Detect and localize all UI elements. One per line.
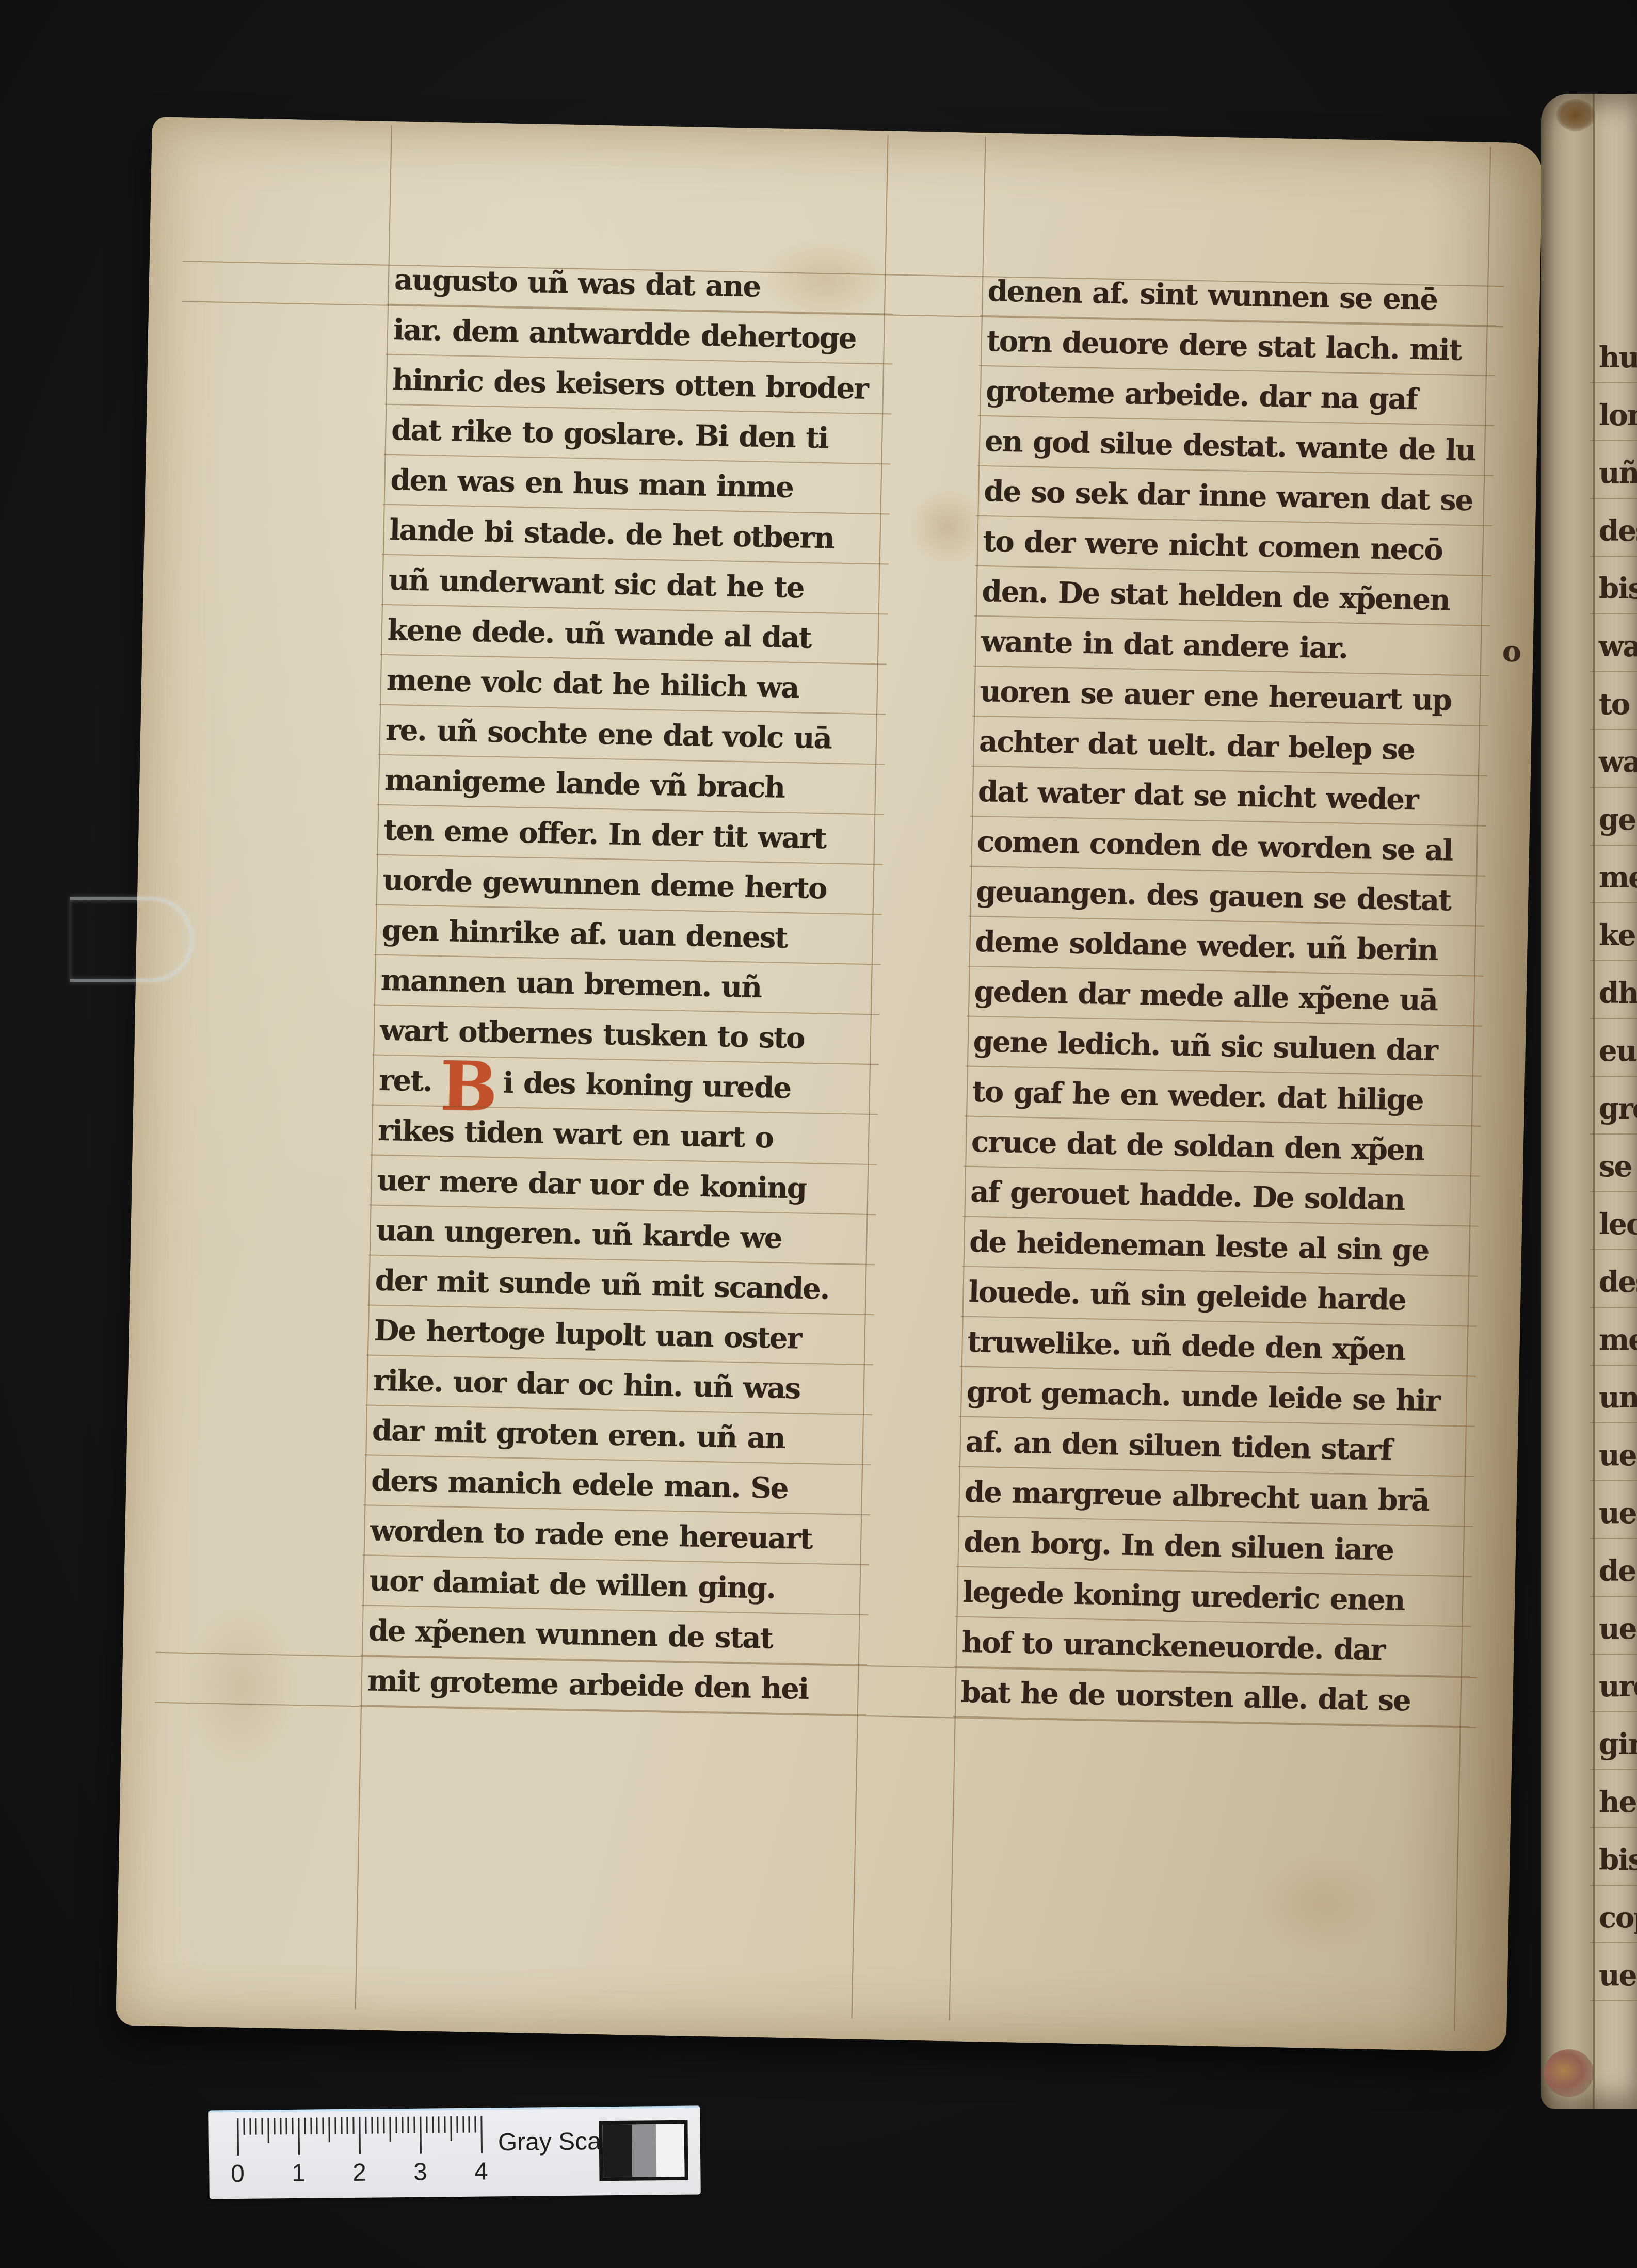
ruler-major-tick	[359, 2117, 361, 2154]
ruler-minor-tick	[347, 2117, 348, 2134]
text-line: af gerouet hadde. De soldan	[970, 1167, 1471, 1227]
text-line: uñ underwant sic dat he te	[388, 555, 880, 614]
next-page-text-line: des	[1599, 502, 1637, 560]
gray-patch	[632, 2124, 656, 2177]
ruler-number: 4	[470, 2157, 493, 2185]
text-line: deme soldane weder. uñ berin	[975, 917, 1476, 977]
next-page-text-line: war	[1599, 733, 1637, 791]
text-line: louede. uñ sin geleide harde	[968, 1267, 1470, 1327]
text-line: to gaf he en weder. dat hilige	[972, 1067, 1473, 1127]
text-line: mit groteme arbeide den hei	[367, 1656, 859, 1715]
next-page-text-line: lech	[1599, 1195, 1637, 1253]
next-page-text-line: urde	[1599, 1658, 1637, 1715]
next-page-text-line: dese	[1599, 1253, 1637, 1311]
text-line: De hertoge lupolt uan oster	[374, 1306, 866, 1365]
text-line: rikes tiden wart en uart o	[377, 1106, 870, 1165]
ruler-minor-tick	[304, 2118, 306, 2134]
next-page-text-line: men	[1599, 849, 1637, 906]
ruler-minor-tick	[383, 2117, 385, 2133]
text-line: der mit sunde uñ mit scande.	[375, 1256, 867, 1315]
text-line: dat water dat se nicht weder	[977, 767, 1479, 827]
ruler-minor-tick	[292, 2118, 294, 2134]
next-page-text-line: lone	[1599, 386, 1637, 444]
text-line: den borg. In den siluen iare	[963, 1517, 1465, 1577]
next-page-text-line: uele	[1599, 1600, 1637, 1658]
text-line: comen conden de worden se al	[976, 817, 1478, 877]
text-line: geden dar mede alle xp̃ene uā	[974, 967, 1475, 1027]
text-line: ret.Bi des koning urede	[378, 1056, 871, 1115]
text-line: de margreue albrecht uan brā	[964, 1467, 1466, 1527]
text-line: grot gemach. unde leide se hir	[966, 1367, 1468, 1427]
ruler-minor-tick	[274, 2118, 275, 2134]
text-line: gen hinrike af. uan denest	[381, 905, 874, 965]
text-line: lande bi stade. de het otbern	[389, 505, 881, 564]
next-page-text-line: bisco	[1599, 1831, 1637, 1889]
ruler-minor-tick	[377, 2117, 379, 2133]
ruler-minor-tick	[365, 2117, 366, 2134]
ruler-major-tick	[237, 2118, 239, 2156]
next-page-text-line: gref	[1599, 1080, 1637, 1138]
gray-patch-box	[599, 2120, 688, 2181]
ruler-minor-tick	[280, 2118, 281, 2134]
ruler-minor-tick	[334, 2117, 336, 2134]
ruler-minor-tick	[255, 2118, 257, 2135]
text-line: geuangen. des gauen se destat	[976, 867, 1478, 927]
ruler-minor-tick	[395, 2117, 397, 2133]
ruler-number: 3	[409, 2158, 432, 2186]
text-line: augusto uñ was dat ane	[394, 255, 886, 314]
left-text-column: augusto uñ was dat aneiar. dem antwardde…	[367, 255, 886, 1715]
next-page-text-line: de ko	[1599, 1542, 1637, 1600]
next-page-text-line: eue	[1599, 1022, 1637, 1080]
gray-patch	[602, 2125, 632, 2178]
next-page-text-line: uen	[1599, 1947, 1637, 2004]
ruler-minor-tick	[267, 2118, 269, 2143]
ruler-minor-tick	[444, 2116, 446, 2133]
rubricated-initial: B	[440, 1076, 497, 1098]
ruler-minor-tick	[262, 2118, 263, 2135]
text-line: ders manich edele man. Se	[371, 1456, 863, 1515]
text-line: de xp̃enen wunnen de stat	[368, 1606, 860, 1665]
text-line: uorde gewunnen deme herto	[382, 855, 875, 915]
parchment-stain	[908, 487, 987, 566]
text-line: de heideneman leste al sin ge	[969, 1217, 1470, 1277]
gray-scale-bar: 01234 Gray Scale	[208, 2105, 701, 2199]
text-after-initial: i des koning urede	[503, 1065, 791, 1105]
ruler-minor-tick	[371, 2117, 373, 2134]
text-line: mannen uan bremen. uñ	[380, 955, 873, 1015]
ruler-major-tick	[298, 2118, 300, 2155]
next-page-text-line: unde	[1599, 1369, 1637, 1427]
next-page-text-line: hui	[1599, 329, 1637, 386]
ruler-minor-tick	[389, 2117, 391, 2142]
next-page-text-line: se to	[1599, 1138, 1637, 1195]
next-page-text-line: ging	[1599, 1715, 1637, 1773]
next-page-text-line: bisc	[1599, 560, 1637, 618]
ruler-minor-tick	[286, 2118, 287, 2134]
ruler-number: 0	[226, 2160, 249, 2188]
ruler-minor-tick	[323, 2117, 324, 2134]
ruler-minor-tick	[462, 2116, 464, 2133]
text-line: rike. uor dar oc hin. uñ was	[373, 1356, 865, 1415]
parchment-stain	[1253, 1851, 1389, 1957]
text-line: achter dat uelt. dar belep se	[978, 717, 1480, 776]
text-line: worden to rade ene hereuart	[370, 1506, 862, 1565]
text-line: uan ungeren. uñ karde we	[376, 1206, 868, 1265]
text-line: ten eme offer. In der tit wart	[383, 805, 876, 865]
ruler-minor-tick	[408, 2117, 409, 2133]
text-before-initial: ret.	[379, 1063, 432, 1098]
ruler-minor-tick	[341, 2117, 342, 2134]
text-line: groteme arbeide. dar na gaf	[985, 366, 1487, 426]
next-page-text-line: ueste	[1599, 1427, 1637, 1484]
ruler-minor-tick	[469, 2116, 470, 2133]
text-line: af. an den siluen tiden starf	[965, 1417, 1467, 1477]
ruler-minor-tick	[426, 2117, 427, 2133]
next-page-text-line: ge t	[1599, 791, 1637, 849]
text-line: torn deuore dere stat lach. mit	[986, 316, 1488, 376]
next-page-text-line: ue to	[1599, 1484, 1637, 1542]
ruler-number: 1	[287, 2159, 310, 2188]
text-line: uor damiat de willen ging.	[369, 1556, 861, 1615]
text-line: truwelike. uñ dede den xp̃en	[967, 1317, 1469, 1377]
ruler-minor-tick	[438, 2116, 440, 2133]
text-line: den. De stat helden de xp̃enen	[982, 566, 1483, 626]
text-line: bat he de uorsten alle. dat se	[960, 1667, 1462, 1727]
damage-spot-top	[1556, 99, 1595, 131]
ruler-major-tick	[420, 2117, 422, 2154]
ruler-minor-tick	[450, 2116, 452, 2141]
text-line: manigeme lande vñ brach	[384, 755, 876, 815]
next-page-text-line: dhe	[1599, 964, 1637, 1022]
next-page-text-line: ke u	[1599, 906, 1637, 964]
text-line: cruce dat de soldan den xp̃en	[971, 1117, 1472, 1177]
text-line: wante in dat andere iar.o	[981, 617, 1482, 676]
text-line: re. uñ sochte ene dat volc uā	[385, 705, 877, 765]
ruler-major-tick	[480, 2116, 483, 2153]
text-line: to der were nicht comen necō	[983, 516, 1484, 576]
text-line: en god silue destat. wante de lu	[984, 416, 1486, 476]
text-line: hinric des keisers otten broder	[392, 355, 884, 414]
text-line: den was en hus man inme	[390, 455, 882, 514]
ruler-ticks	[208, 2105, 700, 2110]
text-line: iar. dem antwardde dehertoge	[393, 305, 885, 364]
text-line: uer mere dar uor de koning	[377, 1156, 869, 1215]
next-page-text-line: uñ	[1599, 444, 1637, 502]
ruler-minor-tick	[414, 2117, 415, 2133]
next-page-text-line: cope	[1599, 1889, 1637, 1947]
manuscript-page: augusto uñ was dat aneiar. dem antwardde…	[116, 117, 1543, 2052]
damage-spot-bottom	[1544, 2049, 1594, 2097]
next-page-text-line: war	[1599, 618, 1637, 675]
next-page-edge: huiloneuñdesbiscwarto bwarge tmenke udhe…	[1541, 94, 1637, 2109]
gray-patch	[656, 2124, 685, 2177]
text-line: gene ledich. uñ sic suluen dar	[973, 1017, 1474, 1077]
next-page-text-line: me a	[1599, 1311, 1637, 1369]
text-line: dar mit groten eren. uñ an	[372, 1406, 864, 1465]
next-page-text-line: hem	[1599, 1773, 1637, 1831]
ruler-minor-tick	[353, 2117, 355, 2134]
text-line: dat rike to goslare. Bi den ti	[391, 405, 883, 464]
ruler-minor-tick	[243, 2118, 245, 2135]
text-line: de so sek dar inne waren dat se	[983, 466, 1485, 526]
text-line: uoren se auer ene hereuart up	[980, 667, 1481, 726]
ruler-minor-tick	[249, 2118, 251, 2135]
text-line: legede koning urederic enen	[962, 1567, 1464, 1627]
ruler-minor-tick	[328, 2117, 330, 2142]
ruler-numbers: 01234	[208, 2105, 700, 2110]
text-line: mene volc dat he hilich wa	[386, 655, 878, 715]
ruler-number: 2	[348, 2159, 371, 2187]
ruler-minor-tick	[456, 2116, 458, 2133]
ruler-minor-tick	[432, 2116, 434, 2133]
next-page-text-fragments: huiloneuñdesbiscwarto bwarge tmenke udhe…	[1599, 329, 1637, 2004]
parchment-stain	[183, 1603, 299, 1771]
ruler-minor-tick	[316, 2118, 318, 2134]
glass-page-holder-clip	[70, 897, 194, 982]
next-page-text-line: to b	[1599, 675, 1637, 733]
ruler-minor-tick	[402, 2117, 403, 2133]
text-line: denen af. sint wunnen se enē	[987, 266, 1489, 326]
manuscript-photo: augusto uñ was dat aneiar. dem antwardde…	[0, 0, 1637, 2268]
ruler-minor-tick	[475, 2116, 476, 2133]
ruler-minor-tick	[310, 2118, 312, 2134]
text-line: hof to uranckeneuorde. dar	[961, 1617, 1463, 1677]
text-line: kene dede. uñ wande al dat	[387, 605, 879, 665]
text-run: wante in dat andere iar.	[981, 624, 1347, 666]
